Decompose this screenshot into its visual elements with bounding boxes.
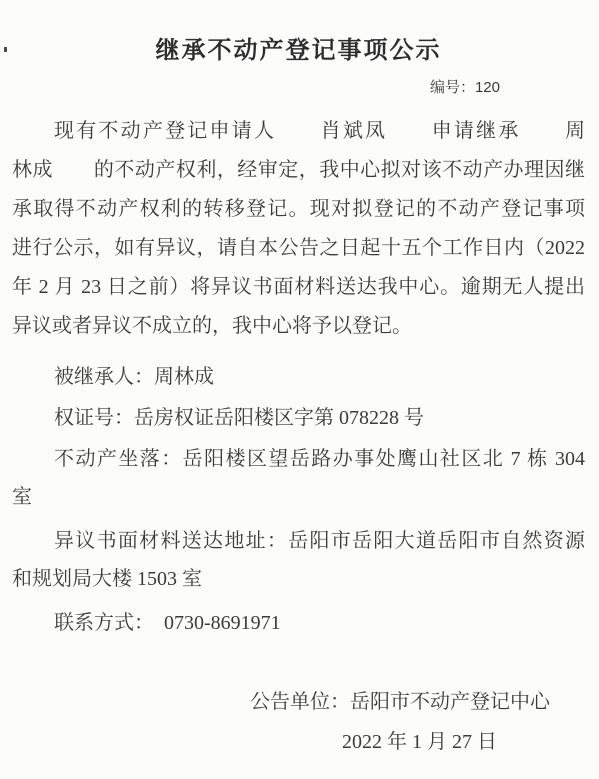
- objection-address-item: 异议书面材料送达地址：岳阳市岳阳大道岳阳市自然资源 和规划局大楼 1503 室: [12, 522, 585, 598]
- certificate-line: 权证号：岳房权证岳阳楼区字第 078228 号: [12, 399, 585, 437]
- notice-details: 被继承人：周林成 权证号：岳房权证岳阳楼区字第 078228 号 不动产坐落：岳…: [12, 358, 585, 642]
- issuer-line: 公告单位：岳阳市不动产登记中心: [12, 682, 585, 722]
- notice-document: 继承不动产登记事项公示 编号：120 现有不动产登记申请人 肖斌凤 申请继承 周…: [0, 0, 599, 779]
- location-line-1: 不动产坐落：岳阳楼区望岳路办事处鹰山社区北 7 栋 304: [12, 440, 585, 478]
- objection-address-line-1: 异议书面材料送达地址：岳阳市岳阳大道岳阳市自然资源: [12, 522, 585, 560]
- body-line-4: 进行公示，如有异议，请自本公告之日起十五个工作日内（2022: [12, 229, 585, 268]
- notice-title: 继承不动产登记事项公示: [12, 36, 585, 66]
- body-line-6: 异议或者异议不成立的，我中心将予以登记。: [12, 307, 585, 346]
- contact-line: 联系方式： 0730-8691971: [12, 604, 585, 642]
- scan-artifact: [4, 47, 7, 52]
- objection-address-line-2: 和规划局大楼 1503 室: [12, 560, 585, 598]
- decedent-line: 被继承人：周林成: [12, 358, 585, 396]
- doc-number: 编号：120: [12, 78, 585, 98]
- location-line-2: 室: [12, 478, 585, 516]
- date-line: 2022 年 1 月 27 日: [12, 722, 585, 762]
- notice-footer: 公告单位：岳阳市不动产登记中心 2022 年 1 月 27 日: [12, 682, 585, 762]
- body-line-2: 林成 的不动产权利，经审定，我中心拟对该不动产办理因继: [12, 151, 585, 190]
- body-line-5: 年 2 月 23 日之前）将异议书面材料送达我中心。逾期无人提出: [12, 268, 585, 307]
- body-line-3: 承取得不动产权利的转移登记。现对拟登记的不动产登记事项: [12, 190, 585, 229]
- notice-body: 现有不动产登记申请人 肖斌凤 申请继承 周 林成 的不动产权利，经审定，我中心拟…: [12, 112, 585, 346]
- location-item: 不动产坐落：岳阳楼区望岳路办事处鹰山社区北 7 栋 304 室: [12, 440, 585, 516]
- body-line-1: 现有不动产登记申请人 肖斌凤 申请继承 周: [12, 112, 585, 151]
